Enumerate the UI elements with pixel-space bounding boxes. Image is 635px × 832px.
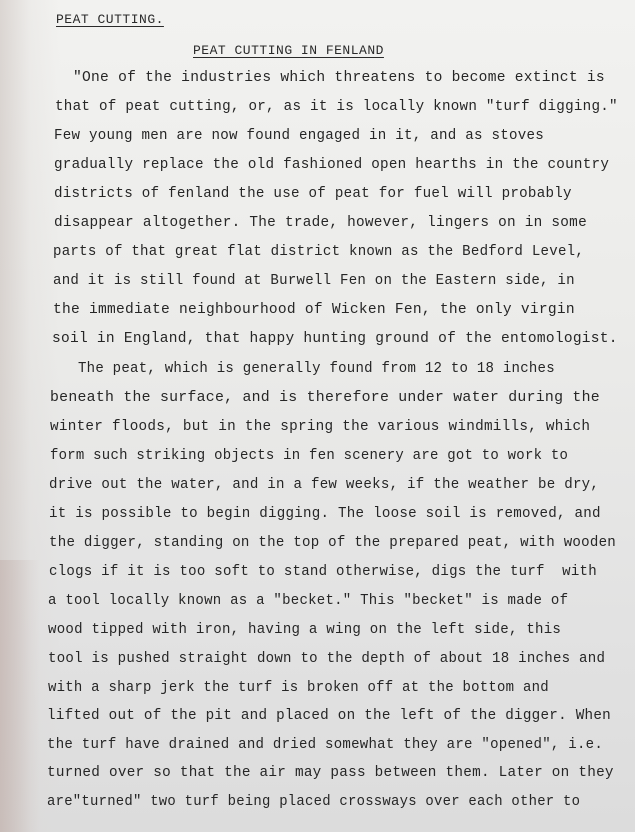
text-line: tool is pushed straight down to the dept… — [48, 651, 605, 667]
text-line: that of peat cutting, or, as it is local… — [55, 99, 618, 115]
text-line: winter floods, but in the spring the var… — [50, 419, 590, 435]
text-line: "One of the industries which threatens t… — [73, 70, 605, 86]
page-edge-shadow — [0, 560, 40, 832]
text-line: and it is still found at Burwell Fen on … — [53, 273, 575, 289]
text-line: gradually replace the old fashioned open… — [54, 157, 609, 173]
text-line: the turf have drained and dried somewhat… — [47, 737, 603, 753]
text-line: a tool locally known as a "becket." This… — [48, 593, 568, 609]
text-line: disappear altogether. The trade, however… — [54, 215, 587, 231]
text-line: with a sharp jerk the turf is broken off… — [48, 680, 549, 696]
text-line: lifted out of the pit and placed on the … — [47, 708, 611, 724]
typewritten-page: PEAT CUTTING. PEAT CUTTING IN FENLAND "O… — [0, 0, 635, 832]
text-line: parts of that great flat district known … — [53, 244, 584, 260]
text-line: are"turned" two turf being placed crossw… — [47, 794, 580, 810]
text-line: districts of fenland the use of peat for… — [54, 186, 572, 202]
text-line: form such striking objects in fen scener… — [50, 448, 568, 464]
document-title: PEAT CUTTING IN FENLAND — [193, 43, 384, 58]
text-line: the immediate neighbourhood of Wicken Fe… — [53, 302, 575, 318]
text-line: turned over so that the air may pass bet… — [47, 765, 614, 781]
text-line: wood tipped with iron, having a wing on … — [48, 622, 561, 638]
section-label: PEAT CUTTING. — [56, 12, 164, 27]
text-line: soil in England, that happy hunting grou… — [52, 331, 618, 347]
text-line: Few young men are now found engaged in i… — [54, 128, 544, 144]
text-line: it is possible to begin digging. The loo… — [49, 506, 601, 522]
text-line: the digger, standing on the top of the p… — [49, 535, 616, 551]
text-line: The peat, which is generally found from … — [78, 361, 555, 377]
text-line: drive out the water, and in a few weeks,… — [49, 477, 599, 493]
text-line: clogs if it is too soft to stand otherwi… — [49, 564, 597, 580]
text-line: beneath the surface, and is therefore un… — [50, 390, 600, 406]
